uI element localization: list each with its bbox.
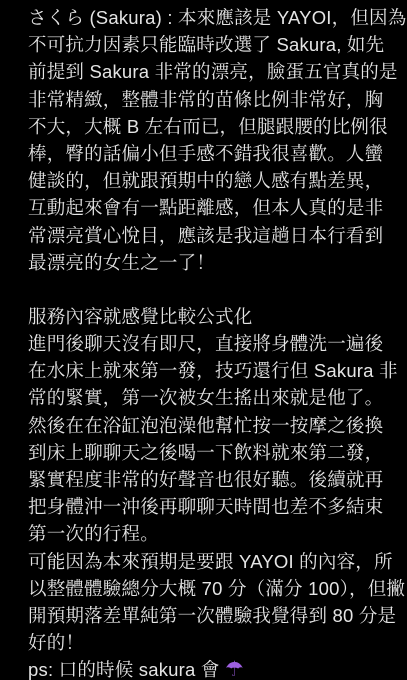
text-line: 健談的，但就跟預期中的戀人感有點差異， [28, 167, 397, 194]
text-line: 互動起來會有一點距離感，但本人真的是非 [28, 194, 397, 221]
text-line: 可能因為本來預期是要跟 YAYOI 的內容，所 [28, 548, 397, 575]
text-line: 前提到 Sakura 非常的漂亮，臉蛋五官真的是 [28, 58, 397, 85]
umbrella-emoji: ☂ [225, 657, 244, 680]
text-line: 以整體體驗總分大概 70 分（滿分 100），但撇 [28, 575, 397, 602]
text-line: 服務內容就感覺比較公式化 [28, 303, 397, 330]
text-line: 到床上聊聊天之後喝一下飲料就來第二發， [28, 439, 397, 466]
text-line: 開預期落差單純第一次體驗我覺得到 80 分是 [28, 602, 397, 629]
text-line: 第一次的行程。 [28, 520, 397, 547]
text-line: 最漂亮的女生之一了！ [28, 249, 397, 276]
text-line: 常漂亮賞心悅目，應該是我這趟日本行看到 [28, 222, 397, 249]
text-line: 然後在在浴缸泡泡澡他幫忙按一按摩之後換 [28, 412, 397, 439]
paragraph-service: 服務內容就感覺比較公式化 進門後聊天沒有即尺，直接將身體洗一遍後 在水床上就來第… [28, 303, 397, 680]
text-line: 把身體沖一沖後再聊聊天時間也差不多結束 [28, 493, 397, 520]
text-line: 緊實程度非常的好聲音也很好聽。後續就再 [28, 466, 397, 493]
ps-text: ps: 口的時候 sakura 會 [28, 659, 225, 680]
text-line: 不可抗力因素只能臨時改選了 Sakura, 如先 [28, 31, 397, 58]
text-line: 棒，臀的話偏小但手感不錯我很喜歡。人蠻 [28, 140, 397, 167]
text-line: 非常精緻，整體非常的苗條比例非常好，胸 [28, 86, 397, 113]
paragraph-intro: さくら (Sakura) : 本來應該是 YAYOI，但因為 不可抗力因素只能臨… [28, 4, 397, 276]
text-line: 進門後聊天沒有即尺，直接將身體洗一遍後 [28, 330, 397, 357]
text-line: 好的！ [28, 629, 397, 656]
text-line: 不大，大概 B 左右而已，但腿跟腰的比例很 [28, 113, 397, 140]
text-line: 在水床上就來第一發，技巧還行但 Sakura 非 [28, 357, 397, 384]
text-line: さくら (Sakura) : 本來應該是 YAYOI，但因為 [28, 4, 397, 31]
text-line: 常的緊實，第一次被女生搖出來就是他了。 [28, 384, 397, 411]
post-body: さくら (Sakura) : 本來應該是 YAYOI，但因為 不可抗力因素只能臨… [0, 0, 407, 680]
ps-line: ps: 口的時候 sakura 會 ☂ [28, 656, 397, 680]
